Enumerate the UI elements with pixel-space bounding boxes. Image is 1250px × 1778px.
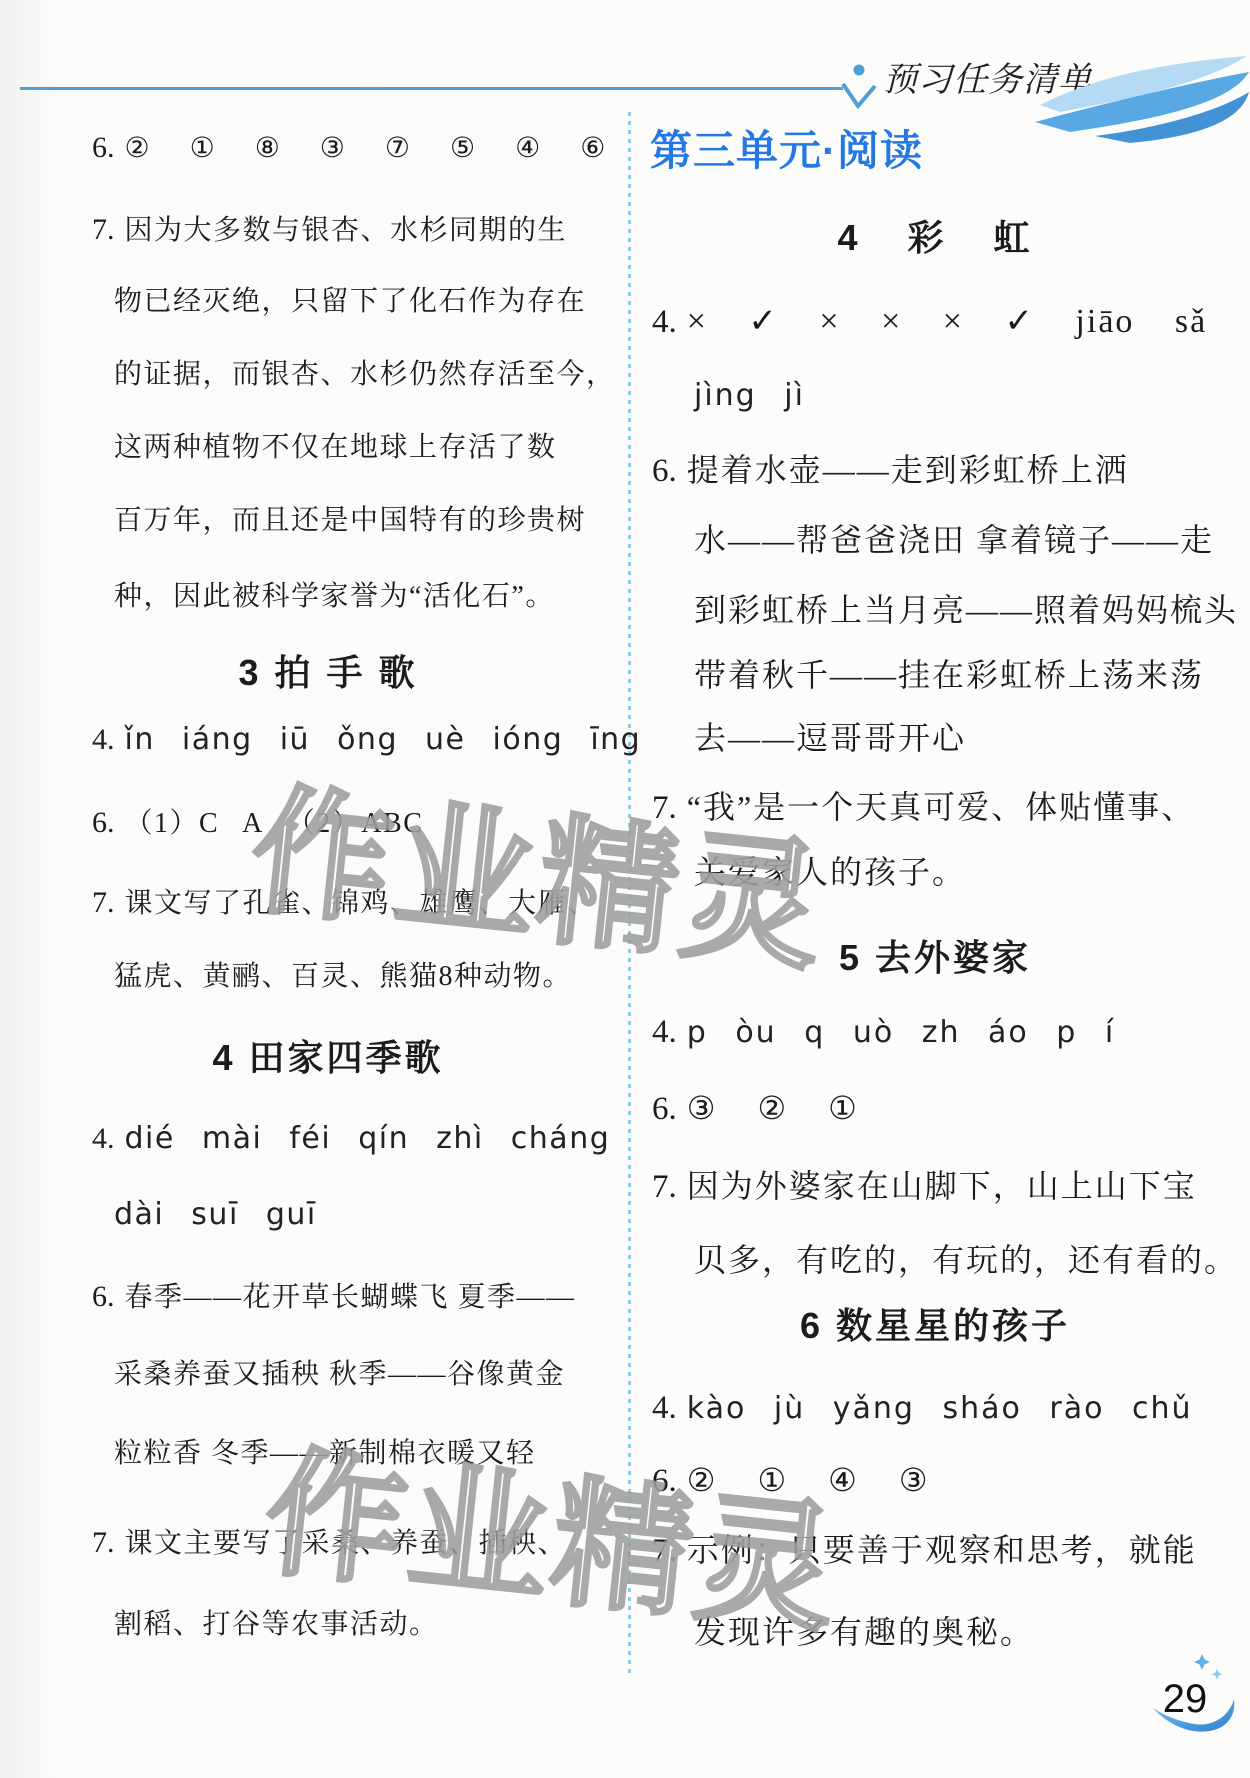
header-arrow-dot-icon xyxy=(836,60,886,120)
answer-line: 这两种植物不仅在地球上存活了数 xyxy=(92,424,586,472)
item-number: 4. xyxy=(652,304,677,340)
answer-line: 贝多，有吃的，有玩的，还有看的。 xyxy=(652,1236,1250,1284)
answer-text: dié mài féi qín zhì cháng xyxy=(125,1121,611,1156)
item-number: 6. xyxy=(92,806,115,839)
answer-line: 4.kào jù yǎng sháo rào chǔ xyxy=(652,1384,1218,1432)
answer-text: 物已经灭绝，只留下了化石作为存在 xyxy=(114,286,586,317)
page-number: 29 xyxy=(1155,1676,1215,1722)
answer-text: 这两种植物不仅在地球上存活了数 xyxy=(114,432,557,463)
answer-text: 提着水壶——走到彩虹桥上洒 xyxy=(687,452,1129,488)
header-wave-icon xyxy=(1035,50,1250,145)
answer-line: 4.p òu q uò zh áo p í xyxy=(652,1008,1218,1056)
lesson-heading-text: 5 去外婆家 xyxy=(839,937,1031,978)
answer-text: 水——帮爸爸浇田 拿着镜子——走 xyxy=(694,522,1214,558)
answer-text: dài suī guī xyxy=(114,1197,317,1232)
star-icon xyxy=(1194,1654,1210,1670)
answer-line: 到彩虹桥上当月亮——照着妈妈梳头 xyxy=(652,586,1250,634)
answer-text: 种，因此被科学家誉为“活化石”。 xyxy=(114,581,555,612)
lesson-heading: 4 彩 虹 xyxy=(652,212,1218,264)
item-number: 7. xyxy=(92,213,115,246)
unit-title: 第三单元·阅读 xyxy=(650,126,970,176)
answer-text: ② ① ⑧ ③ ⑦ ⑤ ④ ⑥ xyxy=(125,133,607,164)
answer-line: 7.因为大多数与银杏、水杉同期的生 xyxy=(92,206,564,254)
item-number: 6. xyxy=(92,131,115,164)
answer-line: 水——帮爸爸浇田 拿着镜子——走 xyxy=(652,516,1250,564)
answer-line: 6.春季——花开草长蝴蝶飞 夏季—— xyxy=(92,1273,564,1321)
answer-line: 4.× ✓ × × × ✓ jiāo sǎ xyxy=(652,298,1218,346)
answer-text: kào jù yǎng sháo rào chǔ xyxy=(687,1391,1193,1426)
lesson-heading-text: 4 彩 虹 xyxy=(837,217,1032,258)
item-number: 7. xyxy=(652,1169,677,1205)
answer-line: 采桑养蚕又插秧 秋季——谷像黄金 xyxy=(92,1351,586,1399)
answer-line: dài suī guī xyxy=(92,1191,586,1239)
item-number: 7. xyxy=(92,1526,115,1559)
lesson-heading-text: 4 田家四季歌 xyxy=(212,1037,443,1078)
answer-text: ③ ② ① xyxy=(687,1090,859,1126)
answer-line: 6.提着水壶——走到彩虹桥上洒 xyxy=(652,446,1218,494)
answer-line: 的证据，而银杏、水杉仍然存活至今， xyxy=(92,351,586,399)
answer-line: 4.dié mài féi qín zhì cháng xyxy=(92,1115,564,1163)
answer-line: 6.② ① ⑧ ③ ⑦ ⑤ ④ ⑥ xyxy=(92,124,564,172)
answer-text: 带着秋千——挂在彩虹桥上荡来荡 xyxy=(694,657,1204,693)
item-number: 4. xyxy=(92,723,115,756)
answer-text: 贝多，有吃的，有玩的，还有看的。 xyxy=(694,1242,1238,1278)
answer-text: p òu q uò zh áo p í xyxy=(687,1015,1115,1050)
item-number: 6. xyxy=(652,453,677,489)
item-number: 7. xyxy=(92,886,115,919)
lesson-heading: 6 数星星的孩子 xyxy=(652,1300,1218,1352)
answer-text: 百万年，而且还是中国特有的珍贵树 xyxy=(114,505,586,536)
item-number: 6. xyxy=(92,1280,115,1313)
answer-line: 物已经灭绝，只留下了化石作为存在 xyxy=(92,278,586,326)
answer-line: 种，因此被科学家誉为“活化石”。 xyxy=(92,573,586,621)
answer-text: 采桑养蚕又插秧 秋季——谷像黄金 xyxy=(114,1359,565,1390)
answer-text: 到彩虹桥上当月亮——照着妈妈梳头 xyxy=(694,592,1238,628)
item-number: 4. xyxy=(652,1014,677,1050)
lesson-heading: 4 田家四季歌 xyxy=(92,1032,564,1084)
answer-line: 6.③ ② ① xyxy=(652,1084,1218,1132)
lesson-heading-text: 3 拍 手 歌 xyxy=(238,652,417,693)
answer-text: 因为外婆家在山脚下，山上山下宝 xyxy=(687,1168,1197,1204)
answer-text: 因为大多数与银杏、水杉同期的生 xyxy=(125,215,568,246)
answer-line: 去——逗哥哥开心 xyxy=(652,714,1250,762)
answer-text: 的证据，而银杏、水杉仍然存活至今， xyxy=(114,359,616,390)
item-number: 6. xyxy=(652,1091,677,1127)
answer-text: 去——逗哥哥开心 xyxy=(694,720,966,756)
answer-line: 带着秋千——挂在彩虹桥上荡来荡 xyxy=(652,651,1250,699)
lesson-heading-text: 6 数星星的孩子 xyxy=(800,1305,1070,1346)
answer-line: 7.因为外婆家在山脚下，山上山下宝 xyxy=(652,1162,1218,1210)
item-number: 4. xyxy=(652,1390,677,1426)
header-rule-line xyxy=(20,87,843,90)
answer-text: jìng jì xyxy=(694,378,805,413)
lesson-heading: 3 拍 手 歌 xyxy=(92,647,564,699)
answer-line: 百万年，而且还是中国特有的珍贵树 xyxy=(92,497,586,545)
answer-line: jìng jì xyxy=(652,372,1250,420)
item-number: 4. xyxy=(92,1122,115,1155)
answer-text: × ✓ × × × ✓ jiāo sǎ xyxy=(687,303,1207,340)
scanned-answer-page: 预习任务清单 第三单元·阅读 6.② ① ⑧ ③ ⑦ ⑤ ④ ⑥ 7.因为大多数… xyxy=(0,0,1250,1778)
answer-text: 春季——花开草长蝴蝶飞 夏季—— xyxy=(125,1282,576,1313)
